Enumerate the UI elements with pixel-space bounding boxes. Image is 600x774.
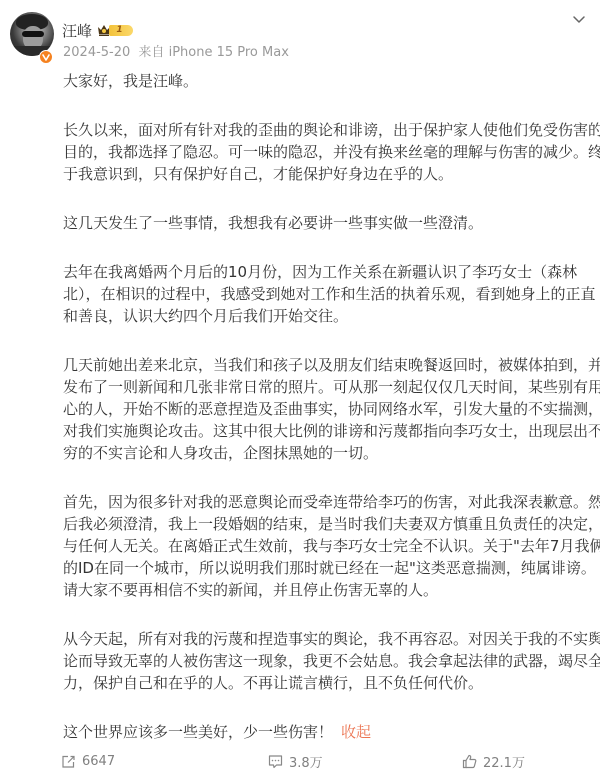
like-button[interactable]: 22.1万 [462, 751, 525, 771]
text-line: 长久以来，面对所有针对我的歪曲的舆论和诽谤，出于保护家人使他们免受伤害的 [63, 119, 593, 141]
text-line: 穷的不实言论和人身攻击，企图抹黑她的一切。 [63, 442, 593, 464]
action-bar: 6647 3.8万 22.1万 [0, 751, 600, 771]
post-content: 大家好，我是汪峰。 长久以来，面对所有针对我的歪曲的舆论和诽谤，出于保护家人使他… [63, 70, 593, 770]
text-line: 请大家不要再相信不实的新闻，并且停止伤害无辜的人。 [63, 579, 593, 601]
paragraph: 首先，因为很多针对我的恶意舆论而受牵连带给李巧的伤害，对此我深表歉意。然 后我必… [63, 491, 593, 601]
comment-button[interactable]: 3.8万 [268, 751, 323, 771]
closing-line: 这个世界应该多一些美好，少一些伤害！ [63, 723, 333, 741]
paragraph: 长久以来，面对所有针对我的歪曲的舆论和诽谤，出于保护家人使他们免受伤害的 目的，… [63, 119, 593, 185]
paragraph: 这几天发生了一些事情，我想我有必要讲一些事实做一些澄清。 [63, 212, 593, 234]
repost-button[interactable]: 6647 [61, 751, 115, 771]
author-name[interactable]: 汪峰 [62, 21, 92, 41]
paragraph: 这个世界应该多一些美好，少一些伤害！收起 [63, 721, 593, 743]
text-line: 从今天起，所有对我的污蔑和捏造事实的舆论，我不再容忍。对因关于我的不实舆 [63, 628, 593, 650]
text-line: 目的，我都选择了隐忍。可一味的隐忍，并没有换来丝毫的理解与伤害的减少。终 [63, 141, 593, 163]
text-line: 和善良，认识大约四个月后我们开始交往。 [63, 305, 593, 327]
verified-badge-icon [39, 50, 53, 64]
post-meta: 2024-5-20 来自 iPhone 15 Pro Max [63, 44, 289, 61]
member-level-badge[interactable]: 1 [109, 25, 133, 36]
avatar-glasses [22, 31, 44, 37]
chevron-down-icon[interactable] [571, 13, 587, 25]
text-line: 力，保护自己和在乎的人。不再让谎言横行，且不负任何代价。 [63, 672, 593, 694]
text-line: 首先，因为很多针对我的恶意舆论而受牵连带给李巧的伤害，对此我深表歉意。然 [63, 491, 593, 513]
comment-count: 3.8万 [289, 752, 323, 771]
like-count: 22.1万 [483, 752, 525, 771]
text-line: 与任何人无关。在离婚正式生效前，我与李巧女士完全不认识。关于"去年7月我俩 [63, 535, 593, 557]
paragraph: 去年在我离婚两个月后的10月份，因为工作关系在新疆认识了李巧女士（森林 北），在… [63, 261, 593, 327]
post-date[interactable]: 2024-5-20 [63, 45, 130, 60]
text-line: 这几天发生了一些事情，我想我有必要讲一些事实做一些澄清。 [63, 212, 593, 234]
text-line: 北），在相识的过程中，我感受到她对工作和生活的执着乐观，看到她身上的正直 [63, 283, 593, 305]
paragraph: 从今天起，所有对我的污蔑和捏造事实的舆论，我不再容忍。对因关于我的不实舆 论而导… [63, 628, 593, 694]
text-line: 去年在我离婚两个月后的10月份，因为工作关系在新疆认识了李巧女士（森林 [63, 261, 593, 283]
paragraph: 几天前她出差来北京，当我们和孩子以及朋友们结束晚餐返回时，被媒体拍到，并 发布了… [63, 354, 593, 464]
paragraph: 大家好，我是汪峰。 [63, 70, 593, 92]
text-line: 对我们实施舆论攻击。这其中很大比例的诽谤和污蔑都指向李巧女士，出现层出不 [63, 420, 593, 442]
text-line: 于我意识到，只有保护好自己，才能保护好身边在乎的人。 [63, 163, 593, 185]
text-line: 发布了一则新闻和几张非常日常的照片。可从那一刻起仅仅几天时间，某些别有用 [63, 376, 593, 398]
text-line: 这个世界应该多一些美好，少一些伤害！收起 [63, 721, 593, 743]
source-device: iPhone 15 Pro Max [169, 45, 289, 60]
text-line: 大家好，我是汪峰。 [63, 70, 593, 92]
text-line: 心的人，开始不断的恶意捏造及歪曲事实，协同网络水军，引发大量的不实揣测， [63, 398, 593, 420]
source-prefix: 来自 [138, 45, 164, 60]
text-line: 的ID在同一个城市，所以说明我们那时就已经在一起"这类恶意揣测，纯属诽谤。 [63, 557, 593, 579]
repost-icon [61, 754, 76, 769]
text-line: 后我必须澄清，我上一段婚姻的结束，是当时我们夫妻双方慎重且负责任的决定， [63, 513, 593, 535]
repost-count: 6647 [82, 754, 115, 769]
collapse-link[interactable]: 收起 [341, 723, 371, 741]
text-line: 几天前她出差来北京，当我们和孩子以及朋友们结束晚餐返回时，被媒体拍到，并 [63, 354, 593, 376]
text-line: 论而导致无辜的人被伤害这一现象，我更不会姑息。我会拿起法律的武器，竭尽全 [63, 650, 593, 672]
comment-icon [268, 754, 283, 769]
like-icon [462, 754, 477, 769]
